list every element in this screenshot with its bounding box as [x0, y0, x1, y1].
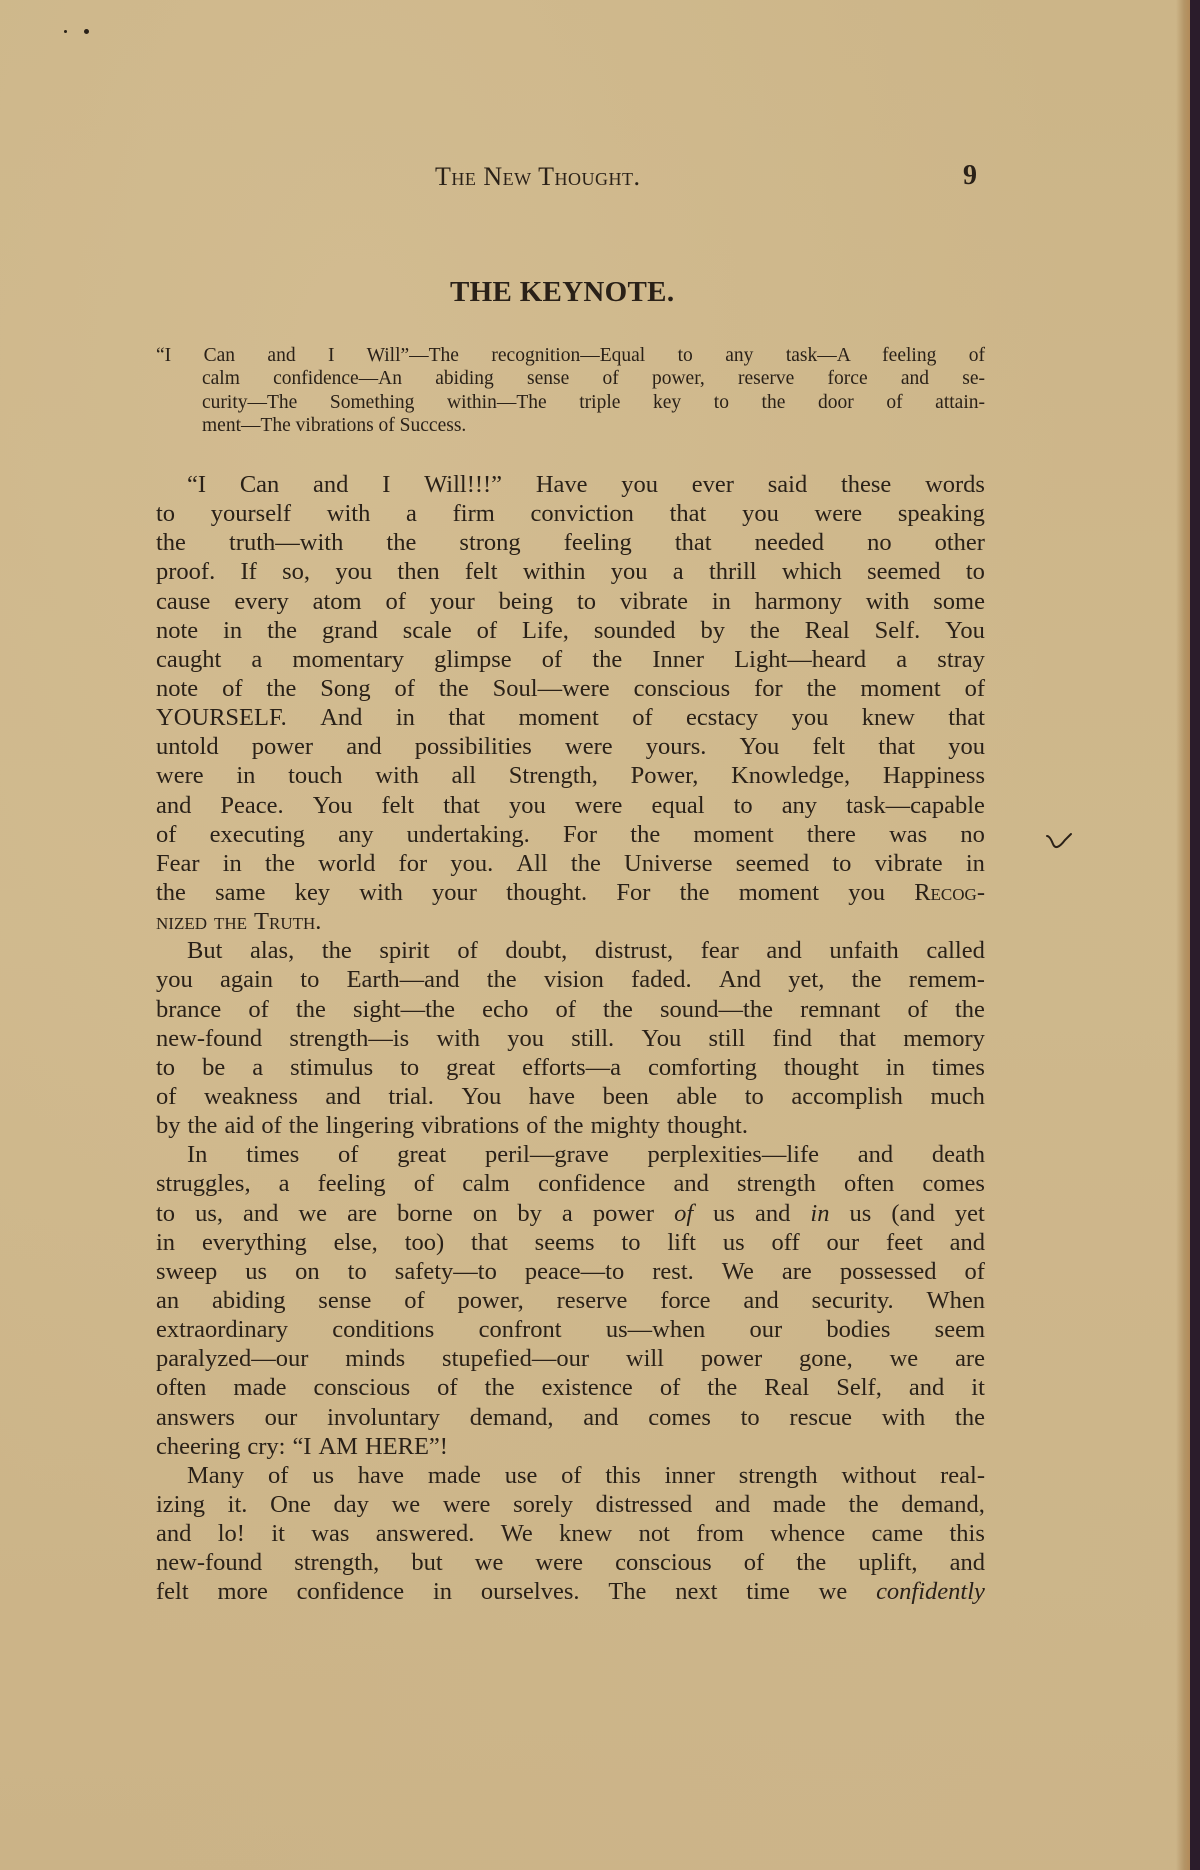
word: without — [841, 1461, 916, 1490]
word: felt — [156, 1577, 189, 1606]
word: so, — [282, 557, 310, 586]
word: trial. — [388, 1082, 434, 1111]
body-line: wereintouchwithallStrength,Power,Knowled… — [156, 761, 985, 790]
word: the — [439, 674, 469, 703]
word: have — [529, 1082, 575, 1111]
word: But — [187, 936, 222, 965]
word: great — [446, 1053, 495, 1082]
word: of — [261, 1111, 281, 1140]
word: spirit — [379, 936, 429, 965]
word: of — [555, 995, 575, 1024]
body-line: andPeace.Youfeltthatyouwereequaltoanytas… — [156, 791, 985, 820]
word: executing — [210, 820, 305, 849]
word: then — [397, 557, 439, 586]
word: touch — [288, 761, 342, 790]
word: alas, — [250, 936, 294, 965]
word: of — [965, 1257, 985, 1286]
word: feet — [886, 1228, 923, 1257]
word: the — [485, 1373, 515, 1402]
word: we — [890, 1344, 919, 1373]
word: of — [477, 616, 497, 645]
word: everything — [202, 1228, 307, 1257]
body-line: new-foundstrength,butwewereconsciousofth… — [156, 1548, 985, 1577]
word: thought — [784, 1053, 859, 1082]
word: Recog- — [914, 878, 985, 907]
word: uplift, — [858, 1548, 917, 1577]
word: Can — [240, 470, 279, 499]
word: firm — [453, 499, 495, 528]
word: and — [156, 791, 191, 820]
word: us — [850, 1199, 872, 1228]
word: it — [271, 1519, 285, 1548]
word: answered. — [376, 1519, 475, 1548]
word: the — [750, 616, 780, 645]
word: felt — [465, 557, 498, 586]
summary-line: “I Can and I Will”—The recognition—Equal… — [156, 344, 985, 367]
word: distrust, — [595, 936, 673, 965]
word: you — [509, 791, 546, 820]
word: sounded — [594, 616, 676, 645]
word: And — [719, 965, 761, 994]
word: we — [392, 1490, 421, 1519]
word: that — [675, 528, 712, 557]
word: by — [156, 1111, 181, 1140]
page-edge — [1176, 0, 1190, 1870]
word: peace—to — [525, 1257, 624, 1286]
body-line: youagaintoEarth—andthevisionfaded.Andyet… — [156, 965, 985, 994]
word: comforting — [648, 1053, 757, 1082]
word: izing — [156, 1490, 205, 1519]
body-line: proof.Ifso,youthenfeltwithinyouathrillwh… — [156, 557, 985, 586]
word: the — [849, 1490, 879, 1519]
word: lingering — [326, 1111, 414, 1140]
word: possessed — [840, 1257, 937, 1286]
word: And — [320, 703, 362, 732]
word: great — [397, 1140, 446, 1169]
word: sight—the — [353, 995, 455, 1024]
word: times — [246, 1140, 299, 1169]
word: made — [233, 1373, 286, 1402]
word: the — [955, 1403, 985, 1432]
body-line: izingit.Onedayweweresorelydistressedandm… — [156, 1490, 985, 1519]
word: faded. — [631, 965, 692, 994]
word: your — [432, 878, 477, 907]
word: of — [222, 674, 242, 703]
word: but — [411, 1548, 442, 1577]
word: by — [700, 616, 725, 645]
word: key — [295, 878, 330, 907]
word: confront — [479, 1315, 562, 1344]
word: you — [948, 732, 985, 761]
word: are — [955, 1344, 985, 1373]
word: made — [428, 1461, 481, 1490]
word: echo — [482, 995, 528, 1024]
word: Universe — [624, 849, 712, 878]
word: you — [848, 878, 885, 907]
word: were — [443, 1490, 491, 1519]
word: no — [867, 528, 892, 557]
word: the — [630, 820, 660, 849]
word: any — [782, 791, 817, 820]
word: and — [766, 936, 801, 965]
word: For — [563, 820, 597, 849]
word: We — [722, 1257, 754, 1286]
word: sense — [318, 1286, 371, 1315]
word: that — [670, 499, 707, 528]
word: still. — [571, 1024, 614, 1053]
word: You — [945, 616, 985, 645]
word: you — [621, 470, 658, 499]
word: untold — [156, 732, 219, 761]
word: a — [896, 645, 907, 674]
word: to — [300, 965, 319, 994]
word: in — [156, 1228, 175, 1257]
word: in — [886, 1053, 905, 1082]
word: accomplish — [791, 1082, 903, 1111]
word: the — [796, 1548, 826, 1577]
word: conscious — [314, 1373, 411, 1402]
word: a — [279, 1169, 290, 1198]
word: inner — [665, 1461, 715, 1490]
word: note — [156, 674, 198, 703]
word: thought. — [506, 878, 587, 907]
word: the — [603, 995, 633, 1024]
word: truth—with — [229, 528, 343, 557]
ink-speck — [84, 29, 89, 34]
word: the — [386, 528, 416, 557]
word: mighty — [591, 1111, 660, 1140]
word: real- — [940, 1461, 985, 1490]
body-line: anabidingsenseofpower,reserveforceandsec… — [156, 1286, 985, 1315]
body-line: answersourinvoluntarydemand,andcomestore… — [156, 1403, 985, 1432]
word: this — [950, 1519, 985, 1548]
word: rest. — [652, 1257, 694, 1286]
word: there — [807, 820, 856, 849]
word: day — [334, 1490, 369, 1519]
word: ever — [692, 470, 734, 499]
word: caught — [156, 645, 221, 674]
word: lift — [667, 1228, 696, 1257]
word: seemed — [736, 849, 809, 878]
word: atom — [313, 587, 362, 616]
word: cheering — [156, 1432, 240, 1461]
book-page: The New Thought. 9 THE KEYNOTE. “I Can a… — [0, 0, 1190, 1870]
word: scale — [403, 616, 452, 645]
word: us, — [195, 1199, 223, 1228]
word: stupefied—our — [442, 1344, 589, 1373]
word: security. — [812, 1286, 894, 1315]
word: perplexities—life — [648, 1140, 819, 1169]
word: momentary — [292, 645, 404, 674]
body-line: nizedtheTruth. — [156, 907, 985, 936]
word: came — [871, 1519, 923, 1548]
word: in — [236, 761, 255, 790]
word: In — [187, 1140, 207, 1169]
word: moment — [739, 878, 819, 907]
word: an — [156, 1286, 179, 1315]
body-line: Butalas,thespiritofdoubt,distrust,fearan… — [187, 936, 985, 965]
word: remem- — [909, 965, 985, 994]
word: Power, — [631, 761, 699, 790]
word: you — [507, 1024, 544, 1053]
word: grand — [322, 616, 378, 645]
word: with — [327, 499, 371, 528]
word: strength, — [294, 1548, 379, 1577]
word: moment — [860, 674, 940, 703]
word: of — [632, 703, 652, 732]
word: that — [448, 703, 485, 732]
word: doubt, — [505, 936, 567, 965]
word: new-found — [156, 1024, 262, 1053]
word: the — [289, 1111, 319, 1140]
word: Will!!!” — [424, 470, 502, 499]
word: was — [889, 820, 927, 849]
word: time — [746, 1577, 790, 1606]
word: AM — [318, 1432, 357, 1461]
word: felt — [382, 791, 415, 820]
word: again — [220, 965, 273, 994]
word: some — [933, 587, 985, 616]
word: in — [966, 849, 985, 878]
word: us — [713, 1199, 735, 1228]
word: that — [471, 1228, 508, 1257]
word: note — [156, 616, 198, 645]
word: on — [473, 1199, 498, 1228]
word: (and — [891, 1199, 935, 1228]
word: the — [322, 936, 352, 965]
word: were — [156, 761, 204, 790]
word: a — [252, 1053, 263, 1082]
body-line: bytheaidofthelingeringvibrationsofthemig… — [156, 1111, 985, 1140]
word: Have — [536, 470, 588, 499]
word: being — [499, 587, 553, 616]
word: Happiness — [883, 761, 985, 790]
body-line: feltmoreconfidenceinourselves.Thenexttim… — [156, 1577, 985, 1606]
word: the — [156, 878, 186, 907]
body-line: andlo!itwasanswered.Weknewnotfromwhencec… — [156, 1519, 985, 1548]
word: Self, — [836, 1373, 882, 1402]
word: this — [605, 1461, 640, 1490]
ink-speck — [64, 30, 67, 33]
word: were — [565, 732, 613, 761]
word: Life, — [522, 616, 569, 645]
word: answers — [156, 1403, 235, 1432]
word: brance — [156, 995, 221, 1024]
body-line: YOURSELF.Andinthatmomentofecstacyyouknew… — [156, 703, 985, 732]
body-line: Fearintheworldforyou.AlltheUniverseseeme… — [156, 849, 985, 878]
word: the — [680, 878, 710, 907]
word: with — [866, 587, 910, 616]
word: and — [156, 1519, 191, 1548]
word: seems — [535, 1228, 595, 1257]
word: with — [375, 761, 419, 790]
word: our — [265, 1403, 298, 1432]
word: peril—grave — [485, 1140, 609, 1169]
body-line: noteoftheSongoftheSoul—wereconsciousfort… — [156, 674, 985, 703]
word: For — [616, 878, 650, 907]
word: more — [217, 1577, 267, 1606]
word: calm — [462, 1169, 510, 1198]
word: and — [313, 470, 348, 499]
word: us—when — [606, 1315, 705, 1344]
word: Real — [805, 616, 850, 645]
word: undertaking. — [407, 820, 530, 849]
word: off — [771, 1228, 799, 1257]
word: seemed — [867, 557, 940, 586]
word: these — [841, 470, 891, 499]
word: whence — [770, 1519, 845, 1548]
word: sorely — [513, 1490, 573, 1519]
word: vibrate — [620, 587, 688, 616]
word: much — [930, 1082, 984, 1111]
word: you — [792, 703, 829, 732]
word: next — [675, 1577, 717, 1606]
word: the — [267, 616, 297, 645]
body-line: extraordinaryconditionsconfrontus—whenou… — [156, 1315, 985, 1344]
body-line: caughtamomentaryglimpseoftheInnerLight—h… — [156, 645, 985, 674]
word: our — [749, 1315, 782, 1344]
word: of — [526, 1111, 546, 1140]
word: “I — [292, 1432, 311, 1461]
word: with — [359, 878, 403, 907]
word: it. — [228, 1490, 248, 1519]
word: The — [608, 1577, 646, 1606]
word: cause — [156, 587, 210, 616]
word: often — [156, 1373, 206, 1402]
word: said — [768, 470, 807, 499]
word: conditions — [332, 1315, 434, 1344]
word: new-found — [156, 1548, 262, 1577]
body-line: noteinthegrandscaleofLife,soundedbytheRe… — [156, 616, 985, 645]
word: existence — [542, 1373, 633, 1402]
word: that — [948, 703, 985, 732]
word: bodies — [826, 1315, 890, 1344]
word: the — [296, 995, 326, 1024]
word: weakness — [204, 1082, 298, 1111]
word: to — [734, 791, 753, 820]
word: any — [338, 820, 373, 849]
book-binding — [1190, 0, 1200, 1870]
word: that — [443, 791, 480, 820]
word: times — [932, 1053, 985, 1082]
word: will — [626, 1344, 664, 1373]
word: of — [395, 674, 415, 703]
word: needed — [755, 528, 824, 557]
word: I — [382, 470, 390, 499]
word: the — [156, 528, 186, 557]
word: you — [742, 499, 779, 528]
word: memory — [903, 1024, 985, 1053]
word: remnant — [800, 995, 880, 1024]
body-line: ineverythingelse,too)thatseemstoliftusof… — [156, 1228, 985, 1257]
word: were — [535, 1548, 583, 1577]
word: and — [858, 1140, 893, 1169]
word: and — [673, 1169, 708, 1198]
body-line: “ICanandIWill!!!”Haveyoueversaidthesewor… — [187, 470, 985, 499]
word: power — [593, 1199, 654, 1228]
word: with — [882, 1403, 926, 1432]
word: task—capable — [846, 791, 985, 820]
word: minds — [345, 1344, 405, 1373]
word: knew — [862, 703, 915, 732]
word: us — [723, 1228, 745, 1257]
word: vibrate — [875, 849, 943, 878]
word: thrill — [709, 557, 757, 586]
word: a — [562, 1199, 573, 1228]
word: we — [298, 1199, 327, 1228]
word: yet — [955, 1199, 985, 1228]
word: words — [925, 470, 985, 499]
word: same — [215, 878, 265, 907]
word: every — [234, 587, 288, 616]
word: feeling — [318, 1169, 386, 1198]
word: of — [404, 1286, 424, 1315]
word: thought. — [667, 1111, 748, 1140]
word: of — [660, 1373, 680, 1402]
word: been — [603, 1082, 649, 1111]
word: confidence — [297, 1577, 404, 1606]
word: of — [674, 1199, 693, 1228]
word: the — [214, 907, 247, 936]
word: the — [707, 1373, 737, 1402]
word: of — [744, 1548, 764, 1577]
word: are — [347, 1199, 377, 1228]
word: sweep — [156, 1257, 217, 1286]
word: We — [501, 1519, 533, 1548]
word: to — [348, 1257, 367, 1286]
word: Real — [764, 1373, 809, 1402]
word: the — [955, 995, 985, 1024]
word: proof. — [156, 557, 215, 586]
word: the — [265, 849, 295, 878]
word: strength—is — [289, 1024, 409, 1053]
word: are — [782, 1257, 812, 1286]
body-line: struggles,afeelingofcalmconfidenceandstr… — [156, 1169, 985, 1198]
word: comes — [648, 1403, 711, 1432]
word: One — [270, 1490, 311, 1519]
word: Soul—were — [493, 674, 610, 703]
word: stray — [937, 645, 985, 674]
word: other — [935, 528, 985, 557]
pencil-check-mark-icon — [1045, 830, 1075, 852]
word: Strength, — [509, 761, 598, 790]
word: often — [844, 1169, 894, 1198]
word: struggles, — [156, 1169, 251, 1198]
body-line: ofweaknessandtrial.Youhavebeenabletoacco… — [156, 1082, 985, 1111]
word: find — [773, 1024, 812, 1053]
word: to — [745, 1082, 764, 1111]
word: we — [475, 1548, 504, 1577]
word: yet, — [788, 965, 824, 994]
word: power, — [457, 1286, 523, 1315]
word: able — [676, 1082, 717, 1111]
word: You — [313, 791, 353, 820]
word: to — [156, 499, 175, 528]
word: Light—heard — [734, 645, 866, 674]
word: it — [971, 1373, 985, 1402]
word: for — [399, 849, 428, 878]
word: demand, — [901, 1490, 985, 1519]
word: a — [406, 499, 417, 528]
word: reserve — [557, 1286, 628, 1315]
word: of — [561, 1461, 581, 1490]
word: you — [335, 557, 372, 586]
word: gone, — [799, 1344, 853, 1373]
word: to — [577, 587, 596, 616]
word: by — [517, 1199, 542, 1228]
word: the — [554, 1111, 584, 1140]
word: strength — [739, 1461, 818, 1490]
